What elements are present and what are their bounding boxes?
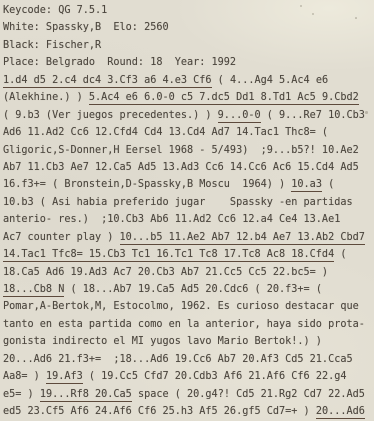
text-segment: space ( 20.g4?! Cd5 21.Rg2 Cd7 22.Ad5 xyxy=(132,389,365,400)
text-segment: Keycode: QG 7.5.1 xyxy=(3,5,107,16)
text-segment: gonista indirecto el MI yugos lavo Mario… xyxy=(3,336,322,347)
move-line: 14.Tac1 Tfc8= 15.Cb3 Tc1 16.Tc1 Tc8 17.T… xyxy=(3,246,374,263)
text-segment: ( 4...Ag4 5.Ac4 e6 xyxy=(212,75,329,86)
move-line: Ad6 11.Ad2 Cc6 12.Cfd4 Cd4 13.Cd4 Ad7 14… xyxy=(3,124,374,141)
move-line: e5= ) 19...Rf8 20.Ca5 space ( 20.g4?! Cd… xyxy=(3,386,374,403)
text-segment: 16.f3+= ( Bronstein,D-Spassky,B Moscu 19… xyxy=(3,179,291,190)
text-segment: tanto en esta partida como en la anterio… xyxy=(3,319,365,330)
move-line: (Alekhine.) ) 5.Ac4 e6 6.0-0 c5 7.dc5 Dd… xyxy=(3,89,374,106)
document-lines: Keycode: QG 7.5.1White: Spassky,B Elo: 2… xyxy=(3,2,374,421)
event-line: Place: Belgrado Round: 18 Year: 1992 xyxy=(3,54,374,71)
text-segment: White: Spassky,B Elo: 2560 xyxy=(3,22,169,33)
scan-speckle xyxy=(365,111,368,114)
move-line: Aa8= ) 19.Af3 ( 19.Cc5 Cfd7 20.Cdb3 Af6 … xyxy=(3,368,374,385)
underlined-move-text: 19...Rf8 20.Ca5 xyxy=(40,389,132,402)
move-line: ( 9.b3 (Ver juegos precedentes.) ) 9...0… xyxy=(3,107,374,124)
move-line: tanto en esta partida como en la anterio… xyxy=(3,316,374,333)
move-line: Gligoric,S-Donner,H Eersel 1968 - 5/493)… xyxy=(3,142,374,159)
underlined-move-text: 10...b5 11.Ae2 Ab7 12.b4 Ae7 13.Ab2 Cbd7 xyxy=(120,232,365,245)
text-segment: Ab7 11.Cb3 Ae7 12.Ca5 Ad5 13.Ad3 Cc6 14.… xyxy=(3,162,359,173)
text-segment: ( 19.Cc5 Cfd7 20.Cdb3 Af6 21.Af6 Cf6 22.… xyxy=(83,371,347,382)
scanned-chess-printout: Keycode: QG 7.5.1White: Spassky,B Elo: 2… xyxy=(0,0,374,421)
text-segment: 18.Ca5 Ad6 19.Ad3 Ac7 20.Cb3 Ab7 21.Cc5 … xyxy=(3,267,328,278)
text-segment: Aa8= ) xyxy=(3,371,46,382)
text-segment: Black: Fischer,R xyxy=(3,40,101,51)
underlined-move-text: 14.Tac1 Tfc8= 15.Cb3 Tc1 16.Tc1 Tc8 17.T… xyxy=(3,249,334,262)
move-line: 10.b3 ( Asi habia preferido jugar Spassk… xyxy=(3,194,374,211)
underlined-move-text: 18...Cb8 N xyxy=(3,284,64,297)
text-segment: Gligoric,S-Donner,H Eersel 1968 - 5/493)… xyxy=(3,145,359,156)
scan-speckle xyxy=(355,17,357,19)
move-line: 1.d4 d5 2.c4 dc4 3.Cf3 a6 4.e3 Cf6 ( 4..… xyxy=(3,72,374,89)
text-segment: e5= ) xyxy=(3,389,40,400)
text-segment: (Alekhine.) ) xyxy=(3,92,89,103)
text-segment: ed5 23.Cf5 Af6 24.Af6 Cf6 25.h3 Af5 26.g… xyxy=(3,406,316,417)
scan-speckle xyxy=(312,13,314,15)
move-line: Pomar,A-Bertok,M, Estocolmo, 1962. Es cu… xyxy=(3,298,374,315)
text-segment: ( 18...Ab7 19.Ca5 Ad5 20.Cdc6 ( 20.f3+= … xyxy=(64,284,322,295)
underlined-move-text: 20...Ad6 xyxy=(316,406,365,419)
move-line: gonista indirecto el MI yugos lavo Mario… xyxy=(3,333,374,350)
text-segment: 10.b3 ( Asi habia preferido jugar Spassk… xyxy=(3,197,353,208)
underlined-move-text: 10.a3 xyxy=(291,179,322,192)
text-segment: Place: Belgrado Round: 18 Year: 1992 xyxy=(3,57,236,68)
move-line: 18.Ca5 Ad6 19.Ad3 Ac7 20.Cb3 Ab7 21.Cc5 … xyxy=(3,264,374,281)
underlined-move-text: 9...0-0 xyxy=(218,110,261,123)
scan-speckle xyxy=(300,5,302,7)
move-line: 20...Ad6 21.f3+= ;18...Ad6 19.Cc6 Ab7 20… xyxy=(3,351,374,368)
keycode-line: Keycode: QG 7.5.1 xyxy=(3,2,374,19)
move-line: anterio- res.) ;10.Cb3 Ab6 11.Ad2 Cc6 12… xyxy=(3,211,374,228)
text-segment: Ad6 11.Ad2 Cc6 12.Cfd4 Cd4 13.Cd4 Ad7 14… xyxy=(3,127,328,138)
move-line: Ab7 11.Cb3 Ae7 12.Ca5 Ad5 13.Ad3 Cc6 14.… xyxy=(3,159,374,176)
move-line: ed5 23.Cf5 Af6 24.Af6 Cf6 25.h3 Af5 26.g… xyxy=(3,403,374,420)
text-segment: anterio- res.) ;10.Cb3 Ab6 11.Ad2 Cc6 12… xyxy=(3,214,340,225)
underlined-move-text: 5.Ac4 e6 6.0-0 c5 7.dc5 Dd1 8.Td1 Ac5 9.… xyxy=(89,92,359,105)
text-segment: Ac7 counter play ) xyxy=(3,232,120,243)
black-player-line: Black: Fischer,R xyxy=(3,37,374,54)
move-line: Ac7 counter play ) 10...b5 11.Ae2 Ab7 12… xyxy=(3,229,374,246)
text-segment: ( 9...Re7 10.Cb3 xyxy=(261,110,365,121)
move-line: 16.f3+= ( Bronstein,D-Spassky,B Moscu 19… xyxy=(3,176,374,193)
text-segment: ( xyxy=(334,249,346,260)
move-line: 18...Cb8 N ( 18...Ab7 19.Ca5 Ad5 20.Cdc6… xyxy=(3,281,374,298)
text-segment: Pomar,A-Bertok,M, Estocolmo, 1962. Es cu… xyxy=(3,301,359,312)
underlined-move-text: 19.Af3 xyxy=(46,371,83,384)
white-player-line: White: Spassky,B Elo: 2560 xyxy=(3,19,374,36)
underlined-move-text: 1.d4 d5 2.c4 dc4 3.Cf3 a6 4.e3 Cf6 xyxy=(3,75,212,88)
text-segment: ( xyxy=(322,179,334,190)
text-segment: 20...Ad6 21.f3+= ;18...Ad6 19.Cc6 Ab7 20… xyxy=(3,354,353,365)
text-segment: ( 9.b3 (Ver juegos precedentes.) ) xyxy=(3,110,218,121)
